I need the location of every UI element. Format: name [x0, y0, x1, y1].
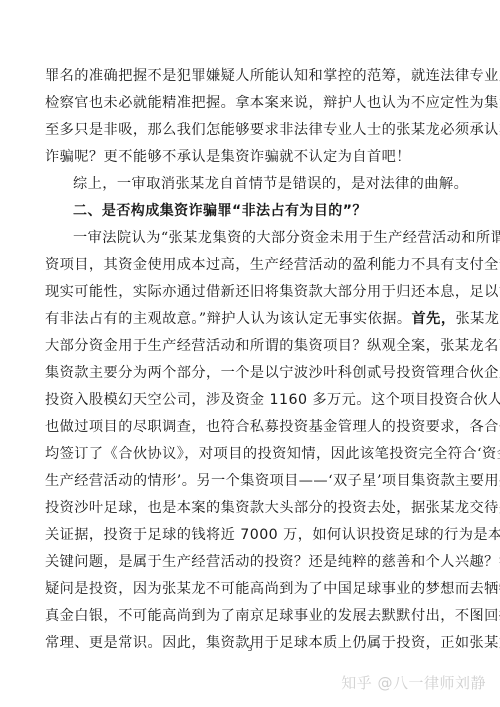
section-heading: 二、是否构成集资诈骗罪“非法占有为目的”？ — [45, 198, 457, 225]
text-line: 生产经营活动的情形’。另一个集资项目——‘双子星’项目集资款主要用处是 — [45, 468, 457, 495]
text-line: 诈骗呢？更不能够不承认是集资诈骗就不认定为自首吧！ — [45, 144, 457, 171]
conclusion-paragraph: 综上，一审取消张某龙自首情节是错误的，是对法律的曲解。 — [45, 171, 457, 198]
text-span: 多万元。这个项目投资合伙人均知情， — [307, 392, 500, 408]
text-line: 均签订了《合伙协议》，对项目的投资知情，因此该笔投资完全符合‘资金用于 — [45, 441, 457, 468]
text-line: 投资入股模幻天空公司，涉及资金 1160 多万元。这个项目投资合伙人均知情， — [45, 387, 457, 414]
text-line: 罪名的准确把握不是犯罪嫌疑人所能认知和掌控的范筹，就连法律专业人士包括 — [45, 63, 457, 90]
text-line: 检察官也未必就能精准把握。拿本案来说，辩护人也认为不应定性为集资诈骗罪， — [45, 90, 457, 117]
text-line: 大部分资金用于生产经营活动和所谓的集资项目？纵观全案，张某龙名下公司的 — [45, 333, 457, 360]
document-page: 罪名的准确把握不是犯罪嫌疑人所能认知和掌控的范筹，就连法律专业人士包括 检察官也… — [45, 63, 457, 657]
page-number: 3 — [0, 644, 500, 653]
text-span: 有非法占有的主观故意。”辩护人认为该认定无事实依据。 — [45, 311, 412, 327]
text-line: 关键问题，是属于生产经营活动的投资？还是纯粹的慈善和个人兴趣？答案毫无 — [45, 549, 457, 576]
text-line: 疑问是投资，因为张某龙不可能高尚到为了中国足球事业的梦想而去牺牲自己的 — [45, 576, 457, 603]
text-line: 投资沙叶足球，也是本案的集资款大头部分的投资去处，据张某龙交待并接合相 — [45, 495, 457, 522]
amount-number: 7000 — [240, 527, 278, 543]
emphasis-first: 首先， — [412, 311, 456, 327]
text-line: 集资款主要分为两个部分，一个是以宁波沙叶科创贰号投资管理合伙企业的形式 — [45, 360, 457, 387]
text-line: 有非法占有的主观故意。”辩护人认为该认定无事实依据。首先，张某龙有无将 — [45, 306, 457, 333]
text-line: 关证据，投资于足球的钱将近 7000 万，如何认识投资足球的行为是本案的一个 — [45, 522, 457, 549]
text-line: 真金白银，不可能高尚到为了南京足球事业的发展去默默付出，不图回报，这是 — [45, 603, 457, 630]
amount-number: 1160 — [270, 392, 308, 408]
text-line: 资项目，其资金使用成本过高，生产经营活动的盈利能力不具有支付全部本息的 — [45, 252, 457, 279]
watermark: 知乎 @八一律师刘静 — [341, 672, 486, 693]
text-span: 投资入股模幻天空公司，涉及资金 — [45, 392, 270, 408]
text-span: 张某龙有无将 — [455, 311, 500, 327]
text-line: 至多只是非吸，那么我们怎能够要求非法律专业人士的张某龙必须承认其是集资 — [45, 117, 457, 144]
text-line: 也做过项目的尽职调查，也符合私募投资基金管理人的投资要求，各合伙参与人 — [45, 414, 457, 441]
text-line: 现实可能性，实际亦通过借新还旧将集资款大部分用于归还本息，足以认定其具 — [45, 279, 457, 306]
text-line: 一审法院认为“张某龙集资的大部分资金未用于生产经营活动和所谓的集 — [45, 225, 457, 252]
text-span: 万，如何认识投资足球的行为是本案的一个 — [278, 527, 500, 543]
text-span: 关证据，投资于足球的钱将近 — [45, 527, 240, 543]
